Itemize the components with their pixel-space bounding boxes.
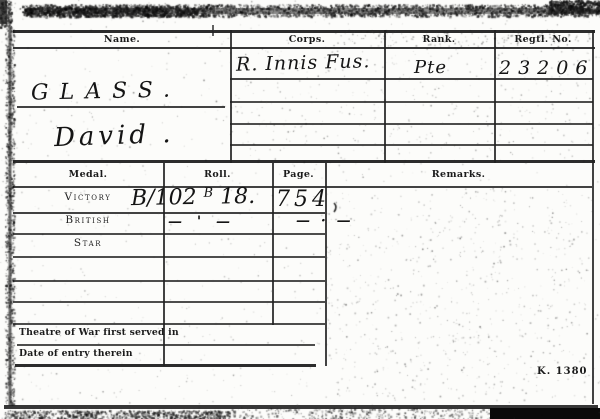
rule-line: [384, 30, 386, 163]
rule-line: [13, 323, 325, 325]
victory-roll-entry: B/102 B 18.: [131, 184, 256, 211]
british-medal-label: British: [13, 214, 163, 226]
date-of-entry-label: Date of entry therein: [19, 348, 133, 359]
rule-line: [13, 30, 595, 33]
british-page-ditto: — · —: [296, 213, 354, 229]
regtl-no-entry: 23206: [499, 57, 594, 79]
rule-line: [13, 301, 325, 303]
card-ref-number: K. 1380: [537, 366, 588, 377]
rule-line: [17, 106, 225, 108]
medal-index-card: Name. Corps. Rank. Regtl. No. GLASS. Dav…: [0, 0, 600, 419]
rule-line: [494, 30, 496, 163]
rank-entry: Pte: [414, 57, 447, 78]
rule-line: [230, 123, 593, 125]
theatre-of-war-label: Theatre of War first served in: [19, 327, 179, 338]
roll-superscript: B: [203, 186, 213, 201]
name-column-header: Name.: [14, 34, 230, 45]
remarks-column-header: Remarks.: [325, 169, 592, 180]
star-medal-label: Star: [13, 237, 163, 249]
rule-line: [13, 160, 595, 163]
scan-edge-patch: [490, 408, 600, 419]
corps-entry: R. Innis Fus.: [236, 50, 371, 76]
rule-line: [13, 233, 325, 235]
page-column-header: Page.: [272, 169, 325, 180]
surname-entry: GLASS.: [31, 77, 182, 105]
british-roll-ditto: — ' —: [168, 214, 235, 230]
rule-line: [230, 30, 232, 163]
forename-entry: David .: [54, 119, 176, 153]
rule-line: [230, 101, 593, 103]
rank-column-header: Rank.: [384, 34, 494, 45]
rule-line: [13, 280, 325, 282]
rule-line: [13, 256, 325, 258]
rule-line: [272, 163, 274, 325]
roll-column-header: Roll.: [163, 169, 272, 180]
victory-page-entry: 754: [276, 187, 330, 212]
regtl-no-column-header: Regtl. No.: [494, 34, 592, 45]
rule-line: [230, 144, 593, 146]
rule-line: [13, 47, 595, 49]
medal-column-header: Medal.: [13, 169, 163, 180]
rule-line: [15, 364, 316, 367]
corps-column-header: Corps.: [230, 34, 384, 45]
rule-line: [592, 30, 594, 404]
rule-line: [17, 344, 315, 346]
